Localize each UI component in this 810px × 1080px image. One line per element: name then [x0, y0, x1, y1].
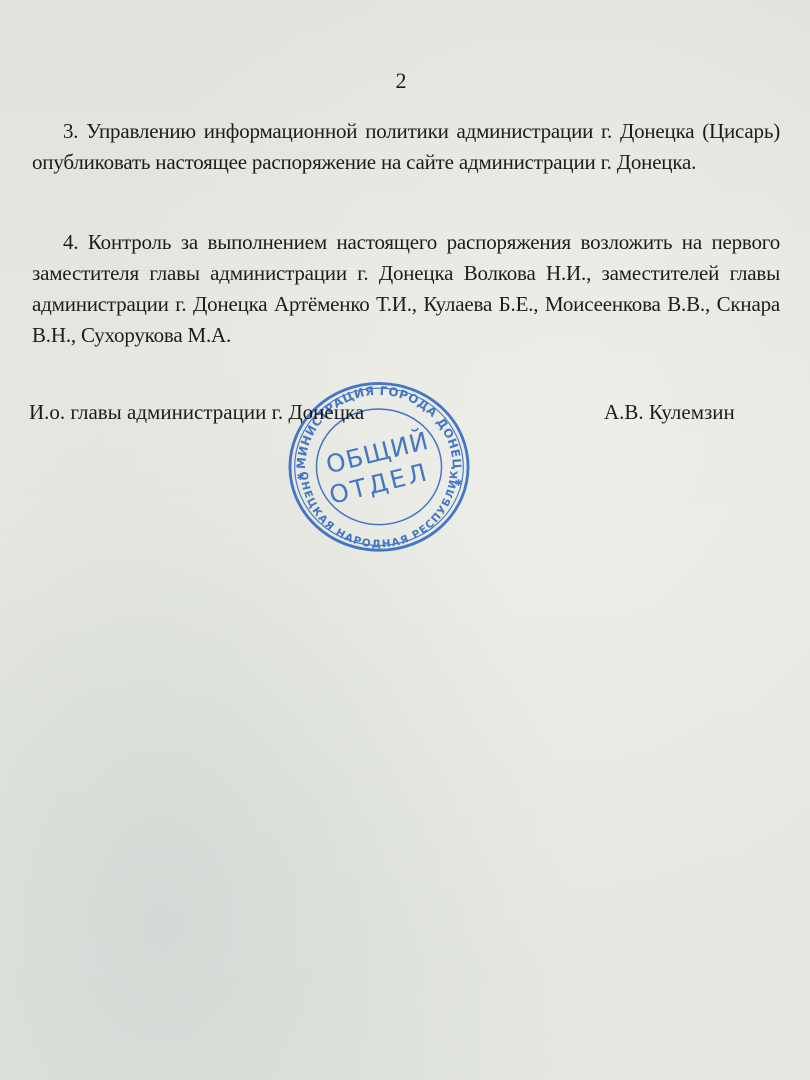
- paragraph-4-text: 4. Контроль за выполнением настоящего ра…: [32, 230, 780, 347]
- paragraph-3-text: 3. Управлению информационной политики ад…: [32, 119, 780, 174]
- stamp-separator-left: ✱: [297, 472, 305, 483]
- paragraph-4: 4. Контроль за выполнением настоящего ра…: [32, 227, 780, 351]
- stamp-separator-right: ✱: [455, 478, 463, 489]
- official-stamp: АДМИНИСТРАЦИЯ ГОРОДА ДОНЕЦКА ДОНЕЦКАЯ НА…: [284, 374, 474, 554]
- stamp-seal-icon: АДМИНИСТРАЦИЯ ГОРОДА ДОНЕЦКА ДОНЕЦКАЯ НА…: [284, 374, 474, 554]
- signatory-name: А.В. Кулемзин: [604, 400, 735, 425]
- paragraph-3: 3. Управлению информационной политики ад…: [32, 116, 780, 178]
- page-number: 2: [391, 68, 411, 94]
- document-page: 2 3. Управлению информационной политики …: [0, 0, 810, 1080]
